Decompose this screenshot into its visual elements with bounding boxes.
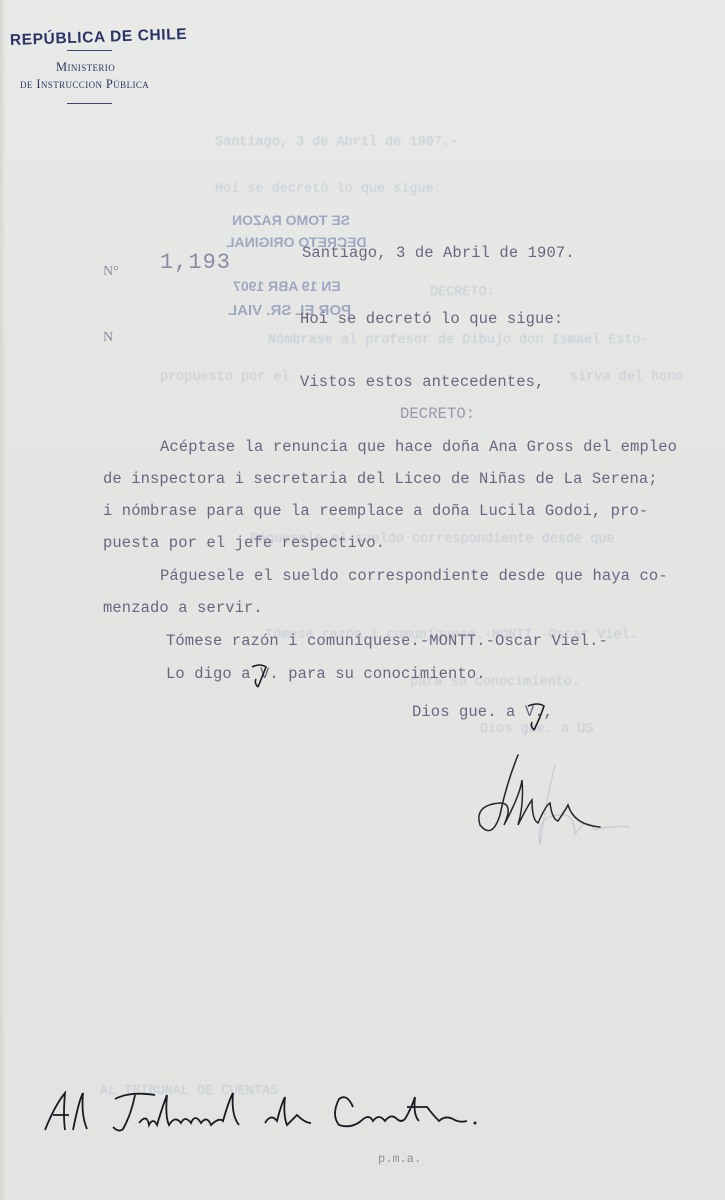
intro-line: Hoi se decretó lo que sigue: xyxy=(300,310,563,328)
letterhead-rule-top xyxy=(67,50,112,51)
decreto-heading: DECRETO: xyxy=(400,405,475,423)
handwritten-addressee-icon: Al Tribunal de Cuentas. xyxy=(35,1085,595,1145)
bleed-line1: Nómbrase al profesor de Dibujo don Ismae… xyxy=(268,333,649,348)
letterhead-rule-bottom xyxy=(67,103,112,104)
bleed-date: Santiago, 3 de Abril de 1907.- xyxy=(215,135,458,150)
body-line-1: Acéptase la renuncia que hace doña Ana G… xyxy=(160,438,677,456)
payment-line-1: Páguesele el sueldo correspondiente desd… xyxy=(160,567,668,585)
payment-line-2: menzado a servir. xyxy=(103,599,263,617)
letterhead-ministry: Ministerio xyxy=(56,60,115,75)
handwritten-v-mark xyxy=(248,661,278,691)
date-line: Santiago, 3 de Abril de 1907. xyxy=(302,244,575,262)
bleed-line2: propuesto por el xyxy=(160,370,290,385)
number-label: N° xyxy=(103,264,119,280)
body-line-3: i nómbrase para que la reemplace a doña … xyxy=(103,502,648,520)
body-line-4: puesta por el jefe respectivo. xyxy=(103,534,385,552)
stamp-line3: EN 19 ABR 1907 xyxy=(233,278,341,294)
bleed-line3: sirva del hono xyxy=(570,370,683,385)
document-number: 1,193 xyxy=(160,250,231,275)
page-edge xyxy=(0,0,6,1200)
handwritten-v-mark-2 xyxy=(524,700,554,734)
bleed-decreto: DECRETO: xyxy=(430,285,495,300)
letterhead-department: de Instruccion Pública xyxy=(20,77,149,92)
second-label: N xyxy=(103,330,113,346)
closing-order: Tómese razón i comuníquese.-MONTT.-Oscar… xyxy=(166,632,608,650)
notice-line: Lo digo a V. para su conocimiento. xyxy=(166,665,486,683)
considerando: Vistos estos antecedentes, xyxy=(300,373,544,391)
signature-icon: Silva xyxy=(470,745,610,845)
stamp-line1: SE TOMO RAZON xyxy=(232,212,350,228)
typist-initials: p.m.a. xyxy=(378,1152,421,1166)
body-line-2: de inspectora i secretaria del Liceo de … xyxy=(103,470,658,488)
bleed-intro: Hoi se decretó lo que sigue: xyxy=(215,182,442,197)
